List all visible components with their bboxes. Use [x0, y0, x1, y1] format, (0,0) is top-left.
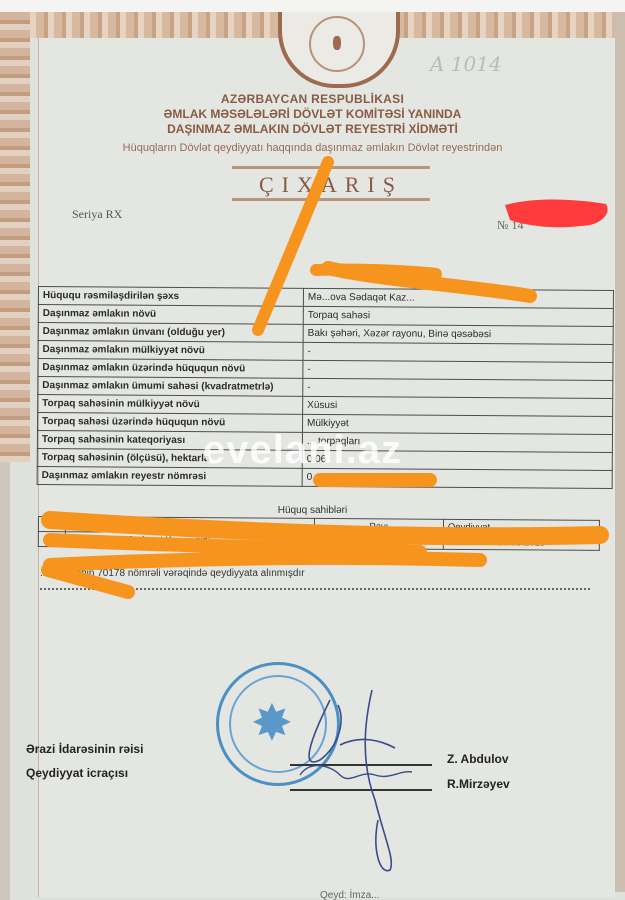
- info-value: -: [303, 342, 613, 362]
- owners-title: Hüquq sahibləri: [0, 505, 625, 516]
- emblem-seal-icon: [309, 16, 365, 72]
- header-line-3: DAŞINMAZ ƏMLAKIN DÖVLƏT REYESTRİ XİDMƏTİ: [0, 122, 625, 136]
- info-label: Torpaq sahəsinin mülkiyyət növü: [38, 395, 303, 415]
- series-label: Seriya RX: [72, 207, 122, 222]
- signature-line-2: [290, 789, 432, 791]
- info-value: -: [303, 360, 613, 380]
- signatory-name-1: Z. Abdulov: [447, 752, 509, 766]
- owners-header-no: S: [38, 517, 65, 532]
- info-value: Xüsusi: [303, 396, 613, 416]
- info-label: Daşınmaz əmlakın növü: [38, 305, 303, 325]
- registration-text: ...reyestrinin 70178 nömrəli vərəqində q…: [40, 568, 600, 579]
- info-label: Hüququ rəsmiləşdirilən şəxs: [38, 287, 303, 307]
- info-label: Daşınmaz əmlakın mülkiyyət növü: [38, 341, 303, 361]
- screen-top-strip: [0, 0, 625, 12]
- info-value: -: [303, 378, 613, 398]
- footer-text: Qeyd: İmza...: [320, 890, 379, 900]
- dotted-divider: [40, 588, 590, 590]
- header-line-2: ƏMLAK MƏSƏLƏLƏRİ DÖVLƏT KOMİTƏSİ YANINDA: [0, 107, 625, 121]
- info-label: Daşınmaz əmlakın ümumi sahəsi (kvadratme…: [38, 377, 303, 397]
- info-label: Daşınmaz əmlakın ünvanı (olduğu yer): [38, 323, 303, 343]
- owner-registration-date: 28.03.2019: [443, 534, 599, 550]
- signature-role-2: Qeydiyyat icraçısı: [26, 766, 128, 780]
- document-number: № 14: [497, 218, 523, 233]
- header-line-1: AZƏRBAYCAN RESPUBLİKASI: [0, 92, 625, 106]
- info-label: Daşınmaz əmlakın üzərində hüququn növü: [38, 359, 303, 379]
- owner-share: ...1045: [314, 533, 443, 549]
- ornamental-border-left: [0, 12, 30, 462]
- header-subtitle: Hüquqların Dövlət qeydiyyatı haqqında da…: [0, 142, 625, 154]
- owner-no: 1: [38, 532, 65, 547]
- owners-header-registration: Qeydiyyat: [443, 519, 599, 535]
- signature-line-1: [290, 764, 432, 766]
- handwritten-note: A 1014: [430, 52, 502, 76]
- table-row: 1 Məmmədova Sədaqət Kazım qızı ...1045 2…: [38, 532, 599, 551]
- owners-header-name: [65, 517, 314, 534]
- site-watermark: evelani.az: [203, 428, 402, 473]
- paper-edge-left: [0, 462, 10, 900]
- info-value: Mə...ova Sədaqət Kaz...: [303, 288, 613, 308]
- document-title: ÇIXARIŞ: [232, 172, 430, 198]
- info-value: Bakı şəhəri, Xəzər rayonu, Binə qəsəbəsi: [303, 324, 613, 344]
- owner-name: Məmmədova Sədaqət Kazım qızı: [65, 532, 314, 549]
- title-banner: ÇIXARIŞ: [232, 160, 430, 204]
- owners-header-share: Payı: [314, 518, 443, 534]
- signature-role-1: Ərazi İdarəsinin rəisi: [26, 742, 143, 756]
- signatory-name-2: R.Mirzəyev: [447, 777, 510, 791]
- official-stamp-icon: ✸: [216, 662, 340, 786]
- info-value: Torpaq sahəsi: [303, 306, 613, 326]
- owners-table: S Payı Qeydiyyat 1 Məmmədova Sədaqət Kaz…: [38, 516, 600, 551]
